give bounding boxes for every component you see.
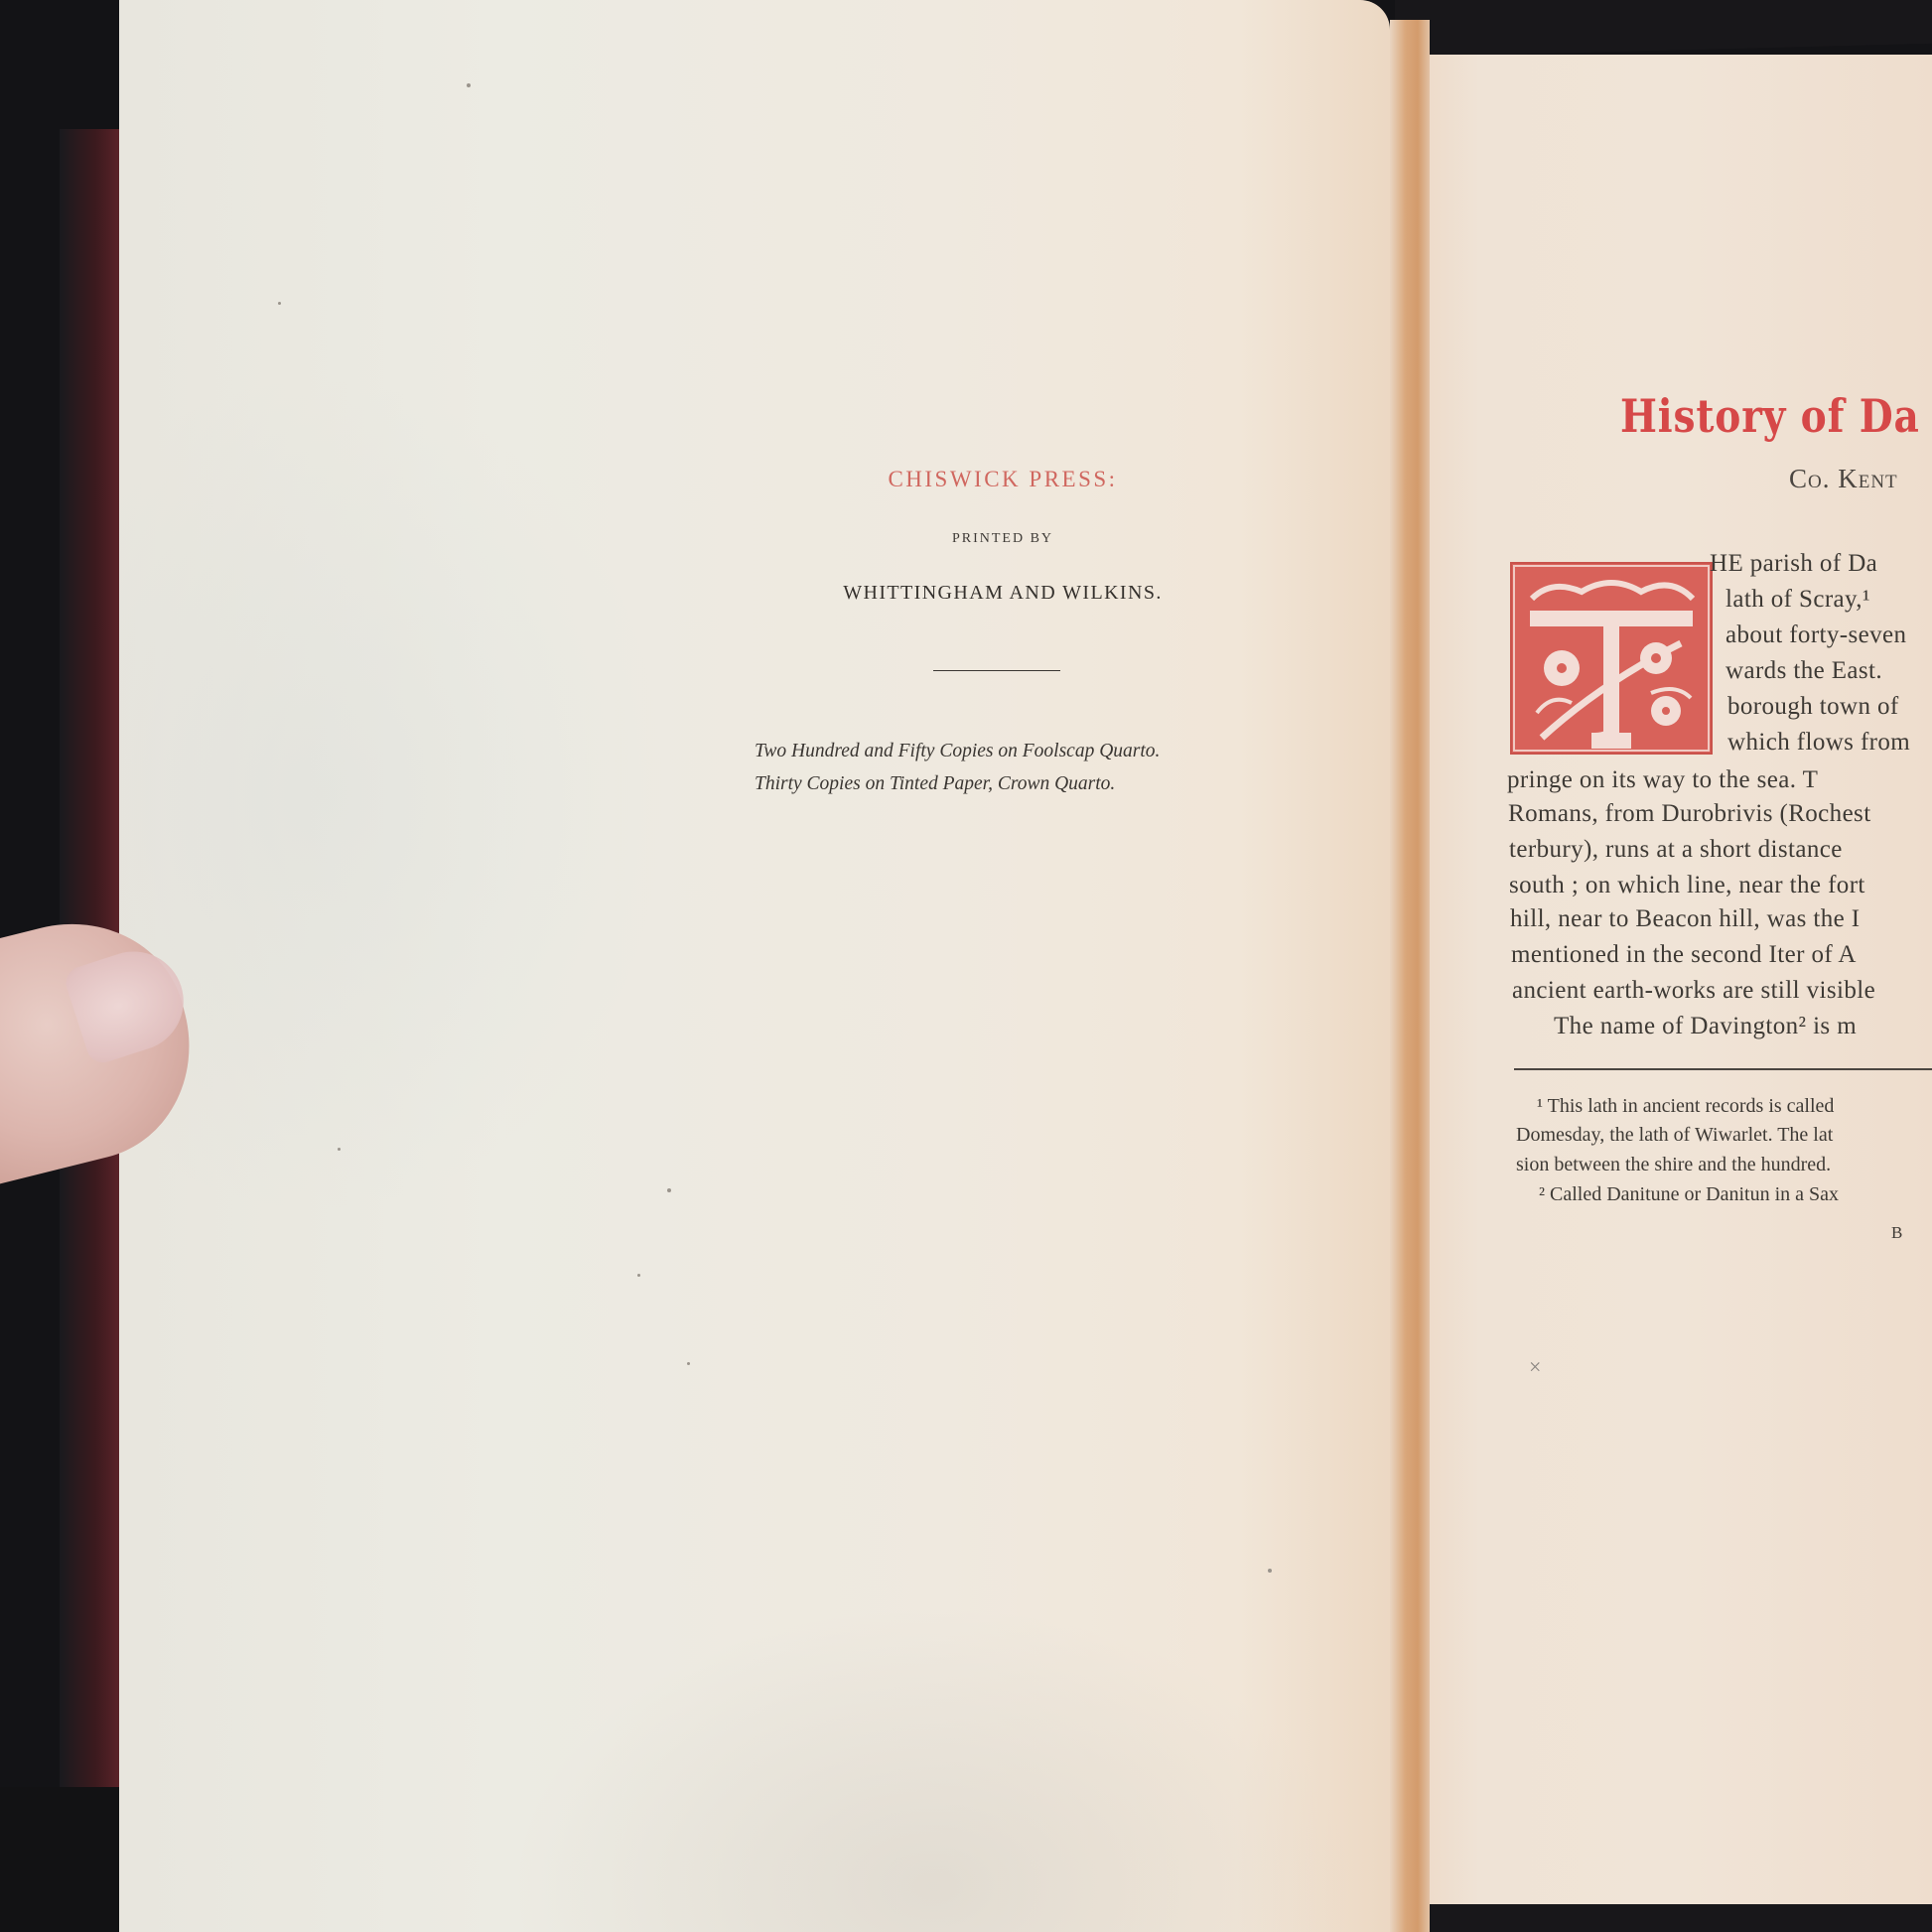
paper-speck	[667, 1188, 671, 1192]
body-text-line: hill, near to Beacon hill, was the I	[1510, 905, 1861, 933]
left-page	[119, 0, 1390, 1932]
paper-speck	[278, 302, 281, 305]
illuminated-drop-cap	[1510, 562, 1713, 755]
body-text-line: pringe on its way to the sea. T	[1507, 766, 1818, 794]
county-subtitle: Co. Kent	[1789, 464, 1898, 494]
edition-line: Thirty Copies on Tinted Paper, Crown Qua…	[755, 767, 1271, 800]
page-stain-shading	[119, 0, 1390, 1932]
body-text-line: borough town of	[1727, 693, 1899, 721]
signature-mark: B	[1891, 1223, 1902, 1243]
body-text-line: lath of Scray,¹	[1725, 586, 1870, 614]
body-text-line: mentioned in the second Iter of A	[1511, 941, 1857, 969]
paper-speck	[687, 1362, 690, 1365]
printer-names: WHITTINGHAM AND WILKINS.	[764, 582, 1241, 605]
paper-speck	[637, 1274, 640, 1277]
book-cover-bottom-right	[1430, 1904, 1932, 1932]
footnote-line: Domesday, the lath of Wiwarlet. The lat	[1516, 1124, 1833, 1147]
body-text-line: The name of Davington² is m	[1554, 1013, 1857, 1040]
body-text-line: terbury), runs at a short distance	[1509, 836, 1843, 864]
paper-speck	[338, 1148, 341, 1151]
body-text-line: Romans, from Durobrivis (Rochest	[1508, 800, 1871, 828]
paper-speck	[1268, 1569, 1272, 1573]
page-gutter-edge	[1390, 20, 1430, 1932]
edition-statement: Two Hundred and Fifty Copies on Foolscap…	[755, 735, 1271, 800]
body-text-line: HE parish of Da	[1710, 550, 1877, 578]
book-cover-bottom-left	[0, 1787, 119, 1932]
edition-line: Two Hundred and Fifty Copies on Foolscap…	[755, 735, 1271, 767]
divider-rule	[933, 670, 1060, 671]
publisher-name: CHISWICK PRESS:	[784, 467, 1221, 492]
printed-by-label: PRINTED BY	[784, 531, 1221, 547]
body-text-line: south ; on which line, near the fort	[1509, 872, 1865, 899]
body-text-line: which flows from	[1727, 729, 1910, 757]
body-text-line: about forty-seven	[1725, 621, 1906, 649]
footnote-line: ¹ This lath in ancient records is called	[1537, 1095, 1834, 1118]
body-text-line: ancient earth-works are still visible	[1512, 977, 1875, 1005]
footnote-line: sion between the shire and the hundred.	[1516, 1154, 1831, 1176]
pencil-x-mark: ×	[1529, 1354, 1541, 1380]
footnote-line: ² Called Danitune or Danitun in a Sax	[1539, 1183, 1839, 1206]
body-text-line: wards the East.	[1725, 657, 1882, 685]
footnote-rule	[1514, 1068, 1932, 1070]
chapter-title: History of Da	[1620, 389, 1920, 443]
paper-speck	[467, 83, 471, 87]
floral-letter-t-icon	[1512, 564, 1711, 753]
